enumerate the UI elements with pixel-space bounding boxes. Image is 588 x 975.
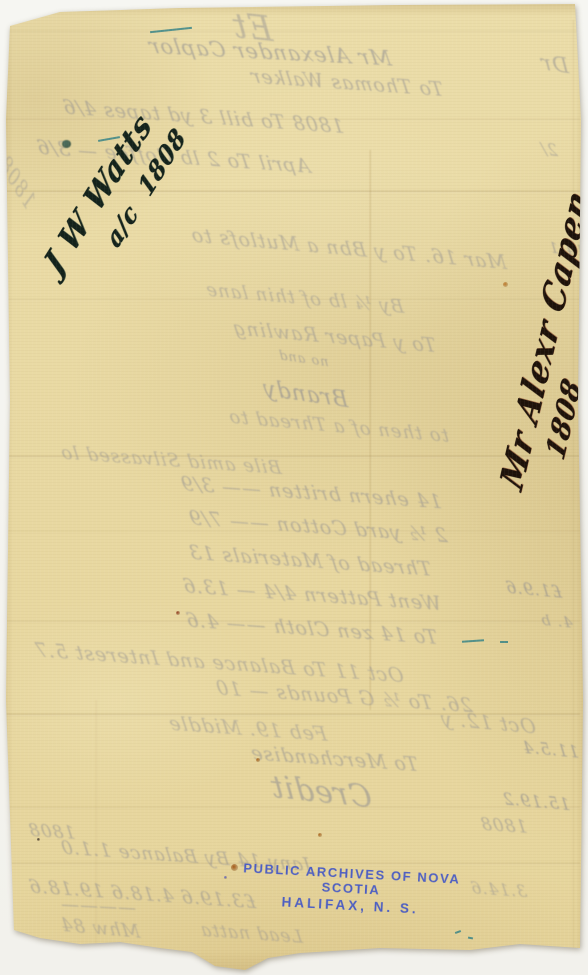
stain-spot: [231, 864, 238, 871]
bleedthrough-line: no and: [278, 348, 329, 370]
bleedthrough-line: Mr Alexander Caplor: [146, 34, 393, 71]
teal-ink-mark: [455, 930, 461, 934]
bleedthrough-line: To y Paper Rawling: [231, 317, 437, 357]
bleedthrough-line: 26. To ½ G Pounds — 10: [214, 677, 474, 717]
teal-ink-mark: [500, 641, 508, 643]
bleedthrough-line: 2/: [539, 139, 559, 160]
bleedthrough-line: To Thomas Walker: [249, 65, 445, 101]
bleedthrough-line: 14 ehern britten —— 3/9: [179, 473, 444, 514]
bleedthrough-line: Bile amid Silvassed lo: [59, 442, 283, 479]
stain-spot: [176, 611, 180, 615]
bleedthrough-line: 15.19.2: [501, 789, 571, 814]
bleedthrough-line: to then of a Thread to: [227, 406, 450, 447]
bleedthrough-line: 1808: [0, 150, 41, 214]
bleedthrough-line: Mar 16. To y Bbn a Mutlofs to: [189, 224, 508, 274]
teal-ink-mark: [468, 937, 473, 940]
bleedthrough-line: Feb 19. Middle: [167, 712, 329, 745]
stain-spot: [224, 876, 227, 879]
aged-paper-sheet: EtMr Alexander CaplorDrTo Thomas Walker1…: [0, 0, 588, 975]
document-scan: EtMr Alexander CaplorDrTo Thomas Walker1…: [0, 0, 588, 975]
bleedthrough-line: 1808: [479, 814, 529, 838]
bleedthrough-line: Thread of Materials 13: [187, 541, 433, 580]
teal-ink-mark: [462, 639, 484, 643]
ink-blot: [62, 140, 71, 148]
bleedthrough-line: By ¼ lb of thin lane: [204, 279, 405, 318]
bleedthrough-line: 4. b: [539, 610, 574, 631]
bleedthrough-line: To 14 zen Cloth —— 4.6: [184, 609, 439, 649]
bleedthrough-line: Lead natta: [199, 920, 304, 947]
bleedthrough-line: £1.9.6: [504, 577, 563, 601]
horizontal-crease: [6, 30, 580, 33]
bleedthrough-line: 2 ½ yard Cotton —— 7/9: [187, 507, 449, 547]
stain-spot: [256, 758, 260, 762]
stain-spot: [318, 833, 322, 837]
bleedthrough-line: 1808 To bill 3 yd tapes 4/6: [61, 96, 346, 138]
bleedthrough-line: Dr: [539, 50, 569, 78]
stain-spot: [503, 282, 508, 287]
bleedthrough-line: Brandy: [262, 376, 349, 414]
paper-shadow: EtMr Alexander CaplorDrTo Thomas Walker1…: [0, 0, 588, 975]
bleedthrough-line: 11.5.4: [521, 737, 580, 761]
bleedthrough-line: Went Pattern 4/4 — 13.6: [181, 575, 443, 615]
stain-spot: [37, 838, 40, 841]
